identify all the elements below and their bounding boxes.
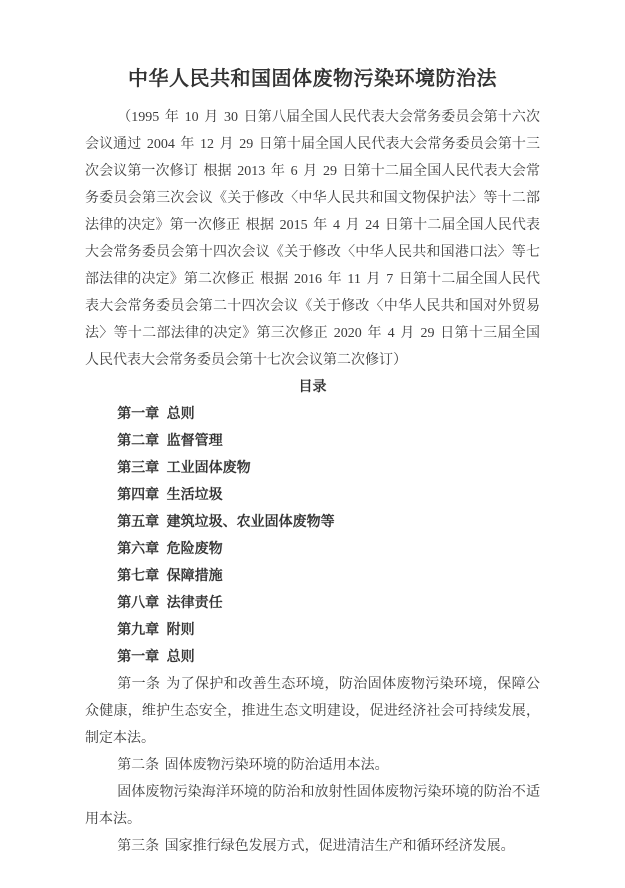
toc-item: 第二章 监督管理: [85, 428, 540, 455]
article-paragraph: 固体废物污染海洋环境的防治和放射性固体废物污染环境的防治不适用本法。: [85, 779, 540, 833]
toc-item: 第八章 法律责任: [85, 590, 540, 617]
toc-heading: 目录: [85, 374, 540, 401]
document-title: 中华人民共和国固体废物污染环境防治法: [85, 64, 540, 94]
enactment-note: （1995 年 10 月 30 日第八届全国人民代表大会常务委员会第十六次会议通…: [85, 104, 540, 374]
chapter-heading: 第一章 总则: [85, 644, 540, 671]
toc-item: 第七章 保障措施: [85, 563, 540, 590]
toc-item: 第五章 建筑垃圾、农业固体废物等: [85, 509, 540, 536]
toc-item: 第九章 附则: [85, 617, 540, 644]
toc-item: 第六章 危险废物: [85, 536, 540, 563]
article-paragraph: 第一条 为了保护和改善生态环境，防治固体废物污染环境，保障公众健康，维护生态安全…: [85, 671, 540, 752]
article-paragraph: 第二条 固体废物污染环境的防治适用本法。: [85, 752, 540, 779]
article-list: 第一条 为了保护和改善生态环境，防治固体废物污染环境，保障公众健康，维护生态安全…: [85, 671, 540, 860]
article-paragraph: 第三条 国家推行绿色发展方式，促进清洁生产和循环经济发展。: [85, 833, 540, 860]
toc-list: 第一章 总则第二章 监督管理第三章 工业固体废物第四章 生活垃圾第五章 建筑垃圾…: [85, 401, 540, 644]
toc-item: 第四章 生活垃圾: [85, 482, 540, 509]
document-page: 中华人民共和国固体废物污染环境防治法 （1995 年 10 月 30 日第八届全…: [0, 0, 625, 888]
toc-item: 第一章 总则: [85, 401, 540, 428]
toc-item: 第三章 工业固体废物: [85, 455, 540, 482]
